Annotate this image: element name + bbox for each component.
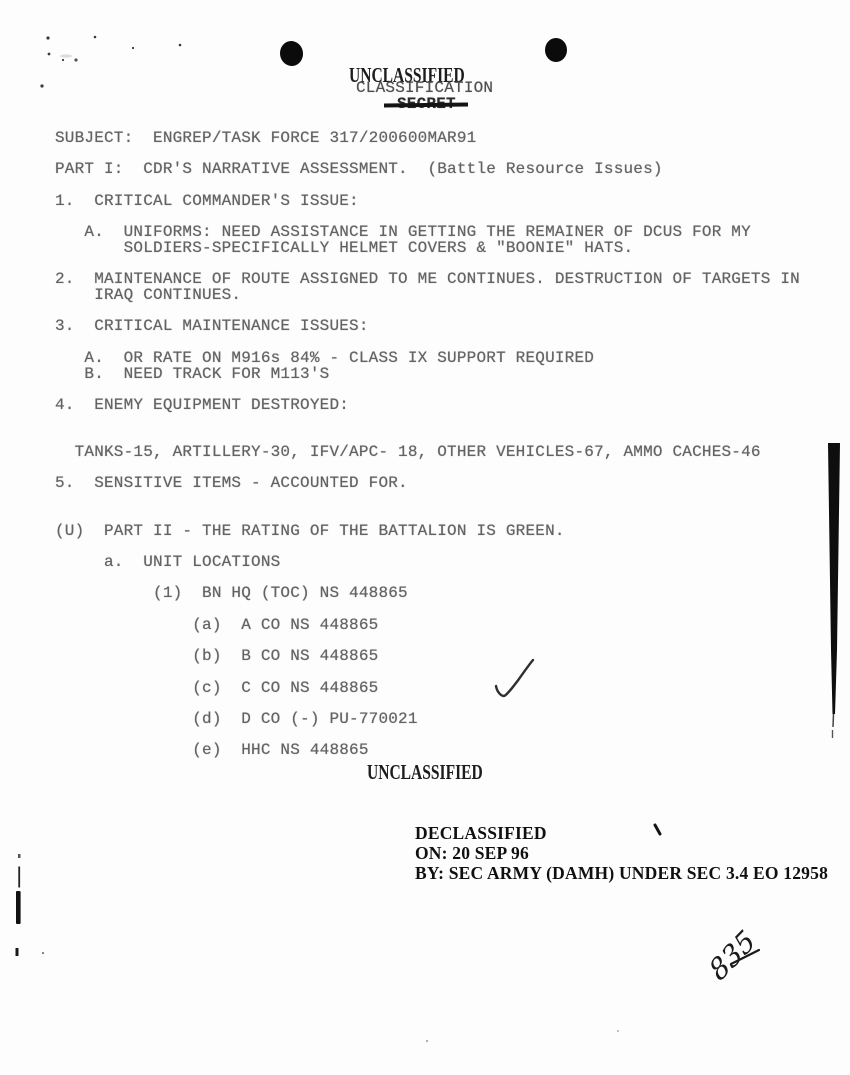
- declassification-stamp: DECLASSIFIED ON: 20 SEP 96 BY: SEC ARMY …: [415, 823, 828, 883]
- declassified-date: ON: 20 SEP 96: [415, 843, 828, 863]
- declassified-title: DECLASSIFIED: [415, 823, 828, 843]
- declassified-authority: BY: SEC ARMY (DAMH) UNDER SEC 3.4 EO 129…: [415, 863, 828, 883]
- left-edge-marks: [16, 854, 21, 956]
- scanned-document-page: UNCLASSIFIED CLASSIFICATION SECRET SUBJE…: [0, 0, 850, 1075]
- hole-punch-right: [545, 38, 567, 62]
- document-body-text: SUBJECT: ENGREP/TASK FORCE 317/200600MAR…: [55, 131, 800, 759]
- scan-bar-artifact: [828, 443, 840, 738]
- handwritten-number: 835: [703, 924, 761, 988]
- footer-unclassified-stamp: UNCLASSIFIED: [367, 760, 483, 785]
- hole-punch-left: [278, 40, 304, 68]
